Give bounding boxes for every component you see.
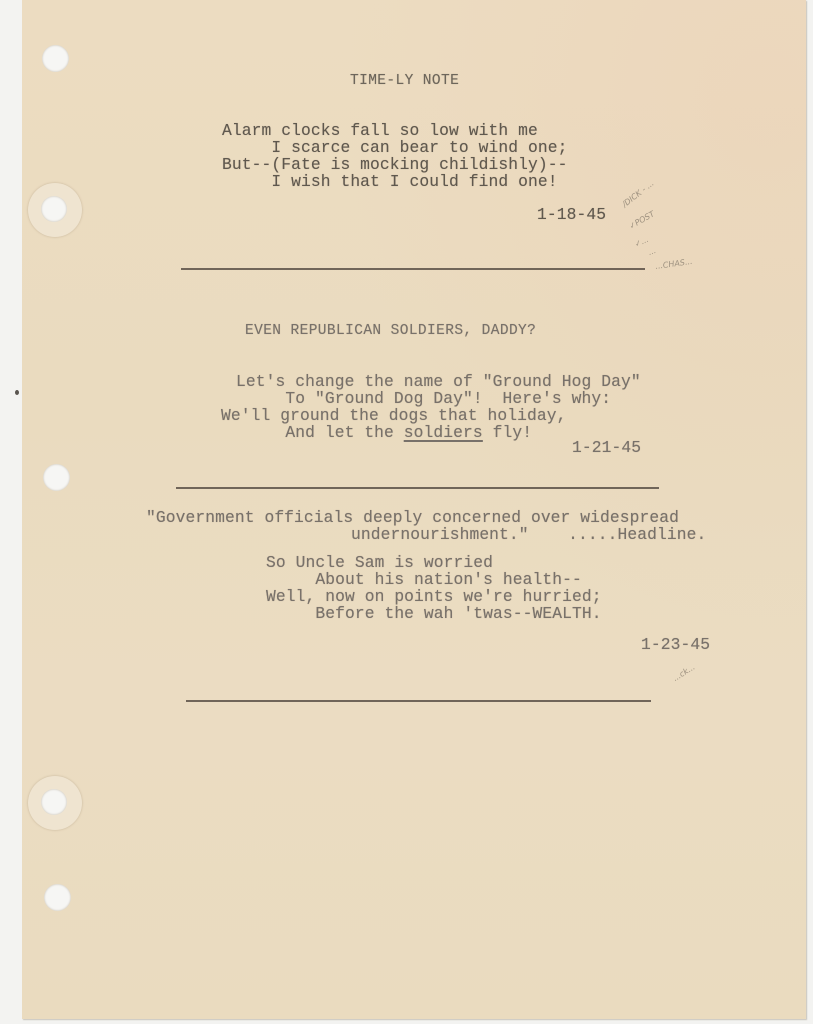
poem-line: Well, now on points we're hurried;	[266, 588, 602, 605]
reinforced-punch-hole	[28, 776, 82, 830]
poem-line: About his nation's health--	[266, 571, 582, 588]
poem-date: 1-18-45	[537, 206, 606, 223]
reinforced-punch-hole	[28, 183, 82, 237]
poem-line-tail: fly!	[483, 423, 532, 442]
poem-line: So Uncle Sam is worried	[266, 554, 493, 571]
punch-hole	[41, 196, 67, 222]
poem-line: I wish that I could find one!	[222, 173, 558, 190]
poem-line: And let the soldiers fly!	[236, 424, 532, 441]
poem-line: Before the wah 'twas--WEALTH.	[266, 605, 602, 622]
punch-hole	[43, 464, 70, 491]
poem-line-text: And let the	[236, 423, 404, 442]
punch-hole	[41, 789, 67, 815]
poem-date: 1-23-45	[641, 636, 710, 653]
section-divider	[176, 487, 659, 489]
section-divider	[186, 700, 651, 702]
poem-date: 1-21-45	[572, 439, 641, 456]
poem-line: I scarce can bear to wind one;	[222, 139, 567, 156]
poem-title: TIME-LY NOTE	[350, 73, 459, 90]
poem-line: But--(Fate is mocking childishly)--	[222, 156, 567, 173]
poem-line: To "Ground Dog Day"! Here's why:	[236, 390, 611, 407]
punch-hole	[42, 45, 69, 72]
headline-quote: "Government officials deeply concerned o…	[146, 509, 679, 526]
scan-speck	[15, 390, 19, 395]
poem-line: We'll ground the dogs that holiday,	[221, 407, 566, 424]
poem-title: EVEN REPUBLICAN SOLDIERS, DADDY?	[245, 323, 536, 340]
underlined-word: soldiers	[404, 423, 483, 442]
section-divider	[181, 268, 645, 270]
poem-line: Let's change the name of "Ground Hog Day…	[236, 373, 641, 390]
poem-line: Alarm clocks fall so low with me	[222, 122, 538, 139]
punch-hole	[44, 884, 71, 911]
headline-quote: undernourishment." .....Headline.	[351, 526, 706, 543]
